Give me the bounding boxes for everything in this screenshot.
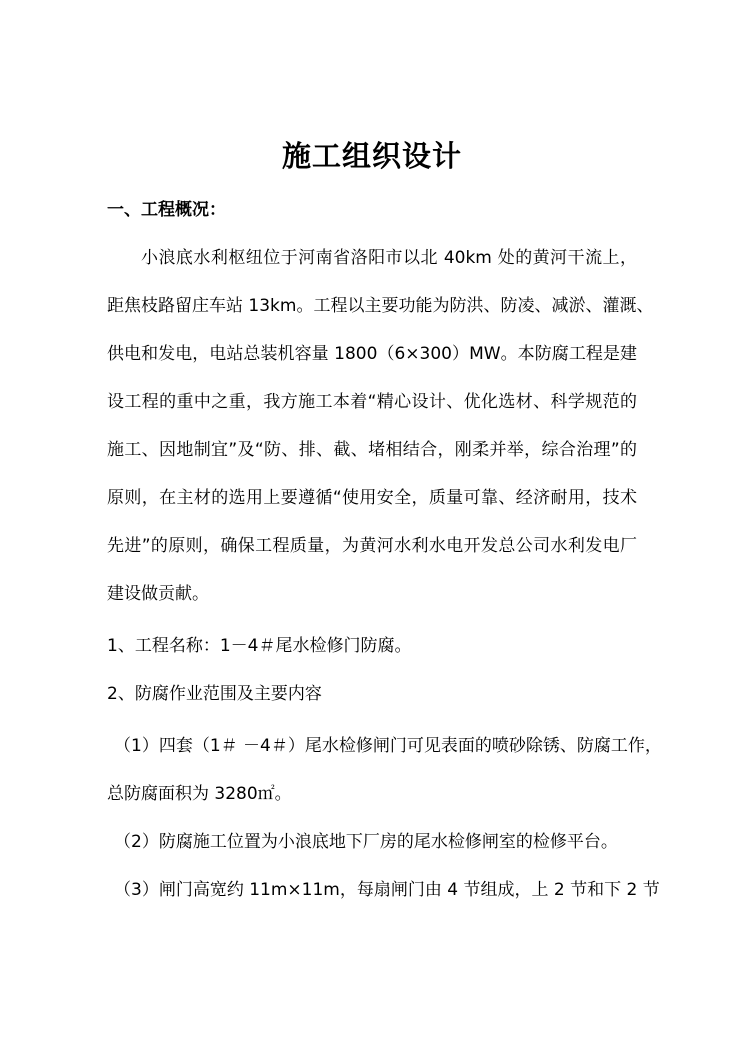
item-scope-heading: 2、防腐作业范围及主要内容	[107, 682, 322, 706]
sub-item-2: （2）防腐施工位置为小浪底地下厂房的尾水检修闸室的检修平台。	[114, 830, 618, 854]
document-page: 施工组织设计 一、工程概况： 小浪底水利枢纽位于河南省洛阳市以北 40km 处的…	[0, 0, 744, 1052]
paragraph-line: 建设做贡献。	[107, 582, 209, 606]
paragraph-line: 施工、因地制宜”及“防、排、截、堵相结合，刚柔并举，综合治理”的	[107, 438, 637, 462]
paragraph-line: 设工程的重中之重，我方施工本着“精心设计、优化选材、科学规范的	[107, 390, 637, 414]
item-project-name: 1、工程名称：1－4＃尾水检修门防腐。	[107, 634, 411, 658]
section-heading-overview: 一、工程概况：	[107, 198, 226, 222]
paragraph-line: 先进”的原则，确保工程质量，为黄河水利水电开发总公司水利发电厂	[107, 534, 637, 558]
document-title: 施工组织设计	[0, 136, 744, 176]
sub-item-line: 总防腐面积为 3280㎡。	[107, 782, 292, 806]
paragraph-line: 供电和发电，电站总装机容量 1800（6×300）MW。本防腐工程是建	[107, 342, 637, 366]
sub-item-line: （1）四套（1＃ －4＃）尾水检修闸门可见表面的喷砂除锈、防腐工作，	[114, 734, 637, 758]
paragraph-line: 原则，在主材的选用上要遵循“使用安全，质量可靠、经济耐用，技术	[107, 486, 637, 510]
sub-item-line: （3）闸门高宽约 11m×11m，每扇闸门由 4 节组成，上 2 节和下 2 节	[114, 878, 637, 902]
paragraph-line: 小浪底水利枢纽位于河南省洛阳市以北 40km 处的黄河干流上，	[141, 246, 637, 270]
paragraph-line: 距焦枝路留庄车站 13km。工程以主要功能为防洪、防凌、减淤、灌溉、	[107, 294, 637, 318]
